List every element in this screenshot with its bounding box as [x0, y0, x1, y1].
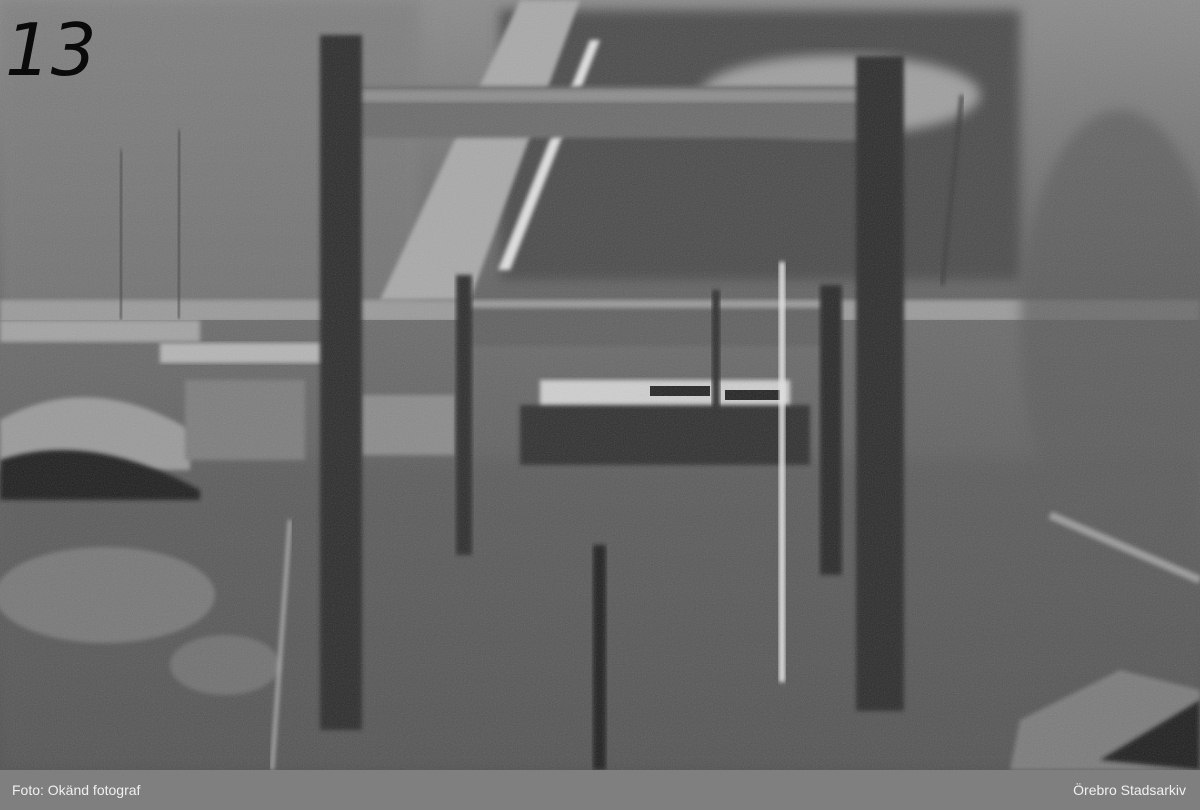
- archival-photo: 13: [0, 0, 1200, 770]
- photographer-credit: Foto: Okänd fotograf: [12, 782, 140, 798]
- photo-scene: [0, 0, 1200, 770]
- caption-bar: Foto: Okänd fotograf Örebro Stadsarkiv: [0, 770, 1200, 810]
- archive-credit: Örebro Stadsarkiv: [1073, 782, 1186, 798]
- handwritten-number-text: 13: [5, 8, 97, 90]
- handwritten-number: 13: [0, 0, 110, 90]
